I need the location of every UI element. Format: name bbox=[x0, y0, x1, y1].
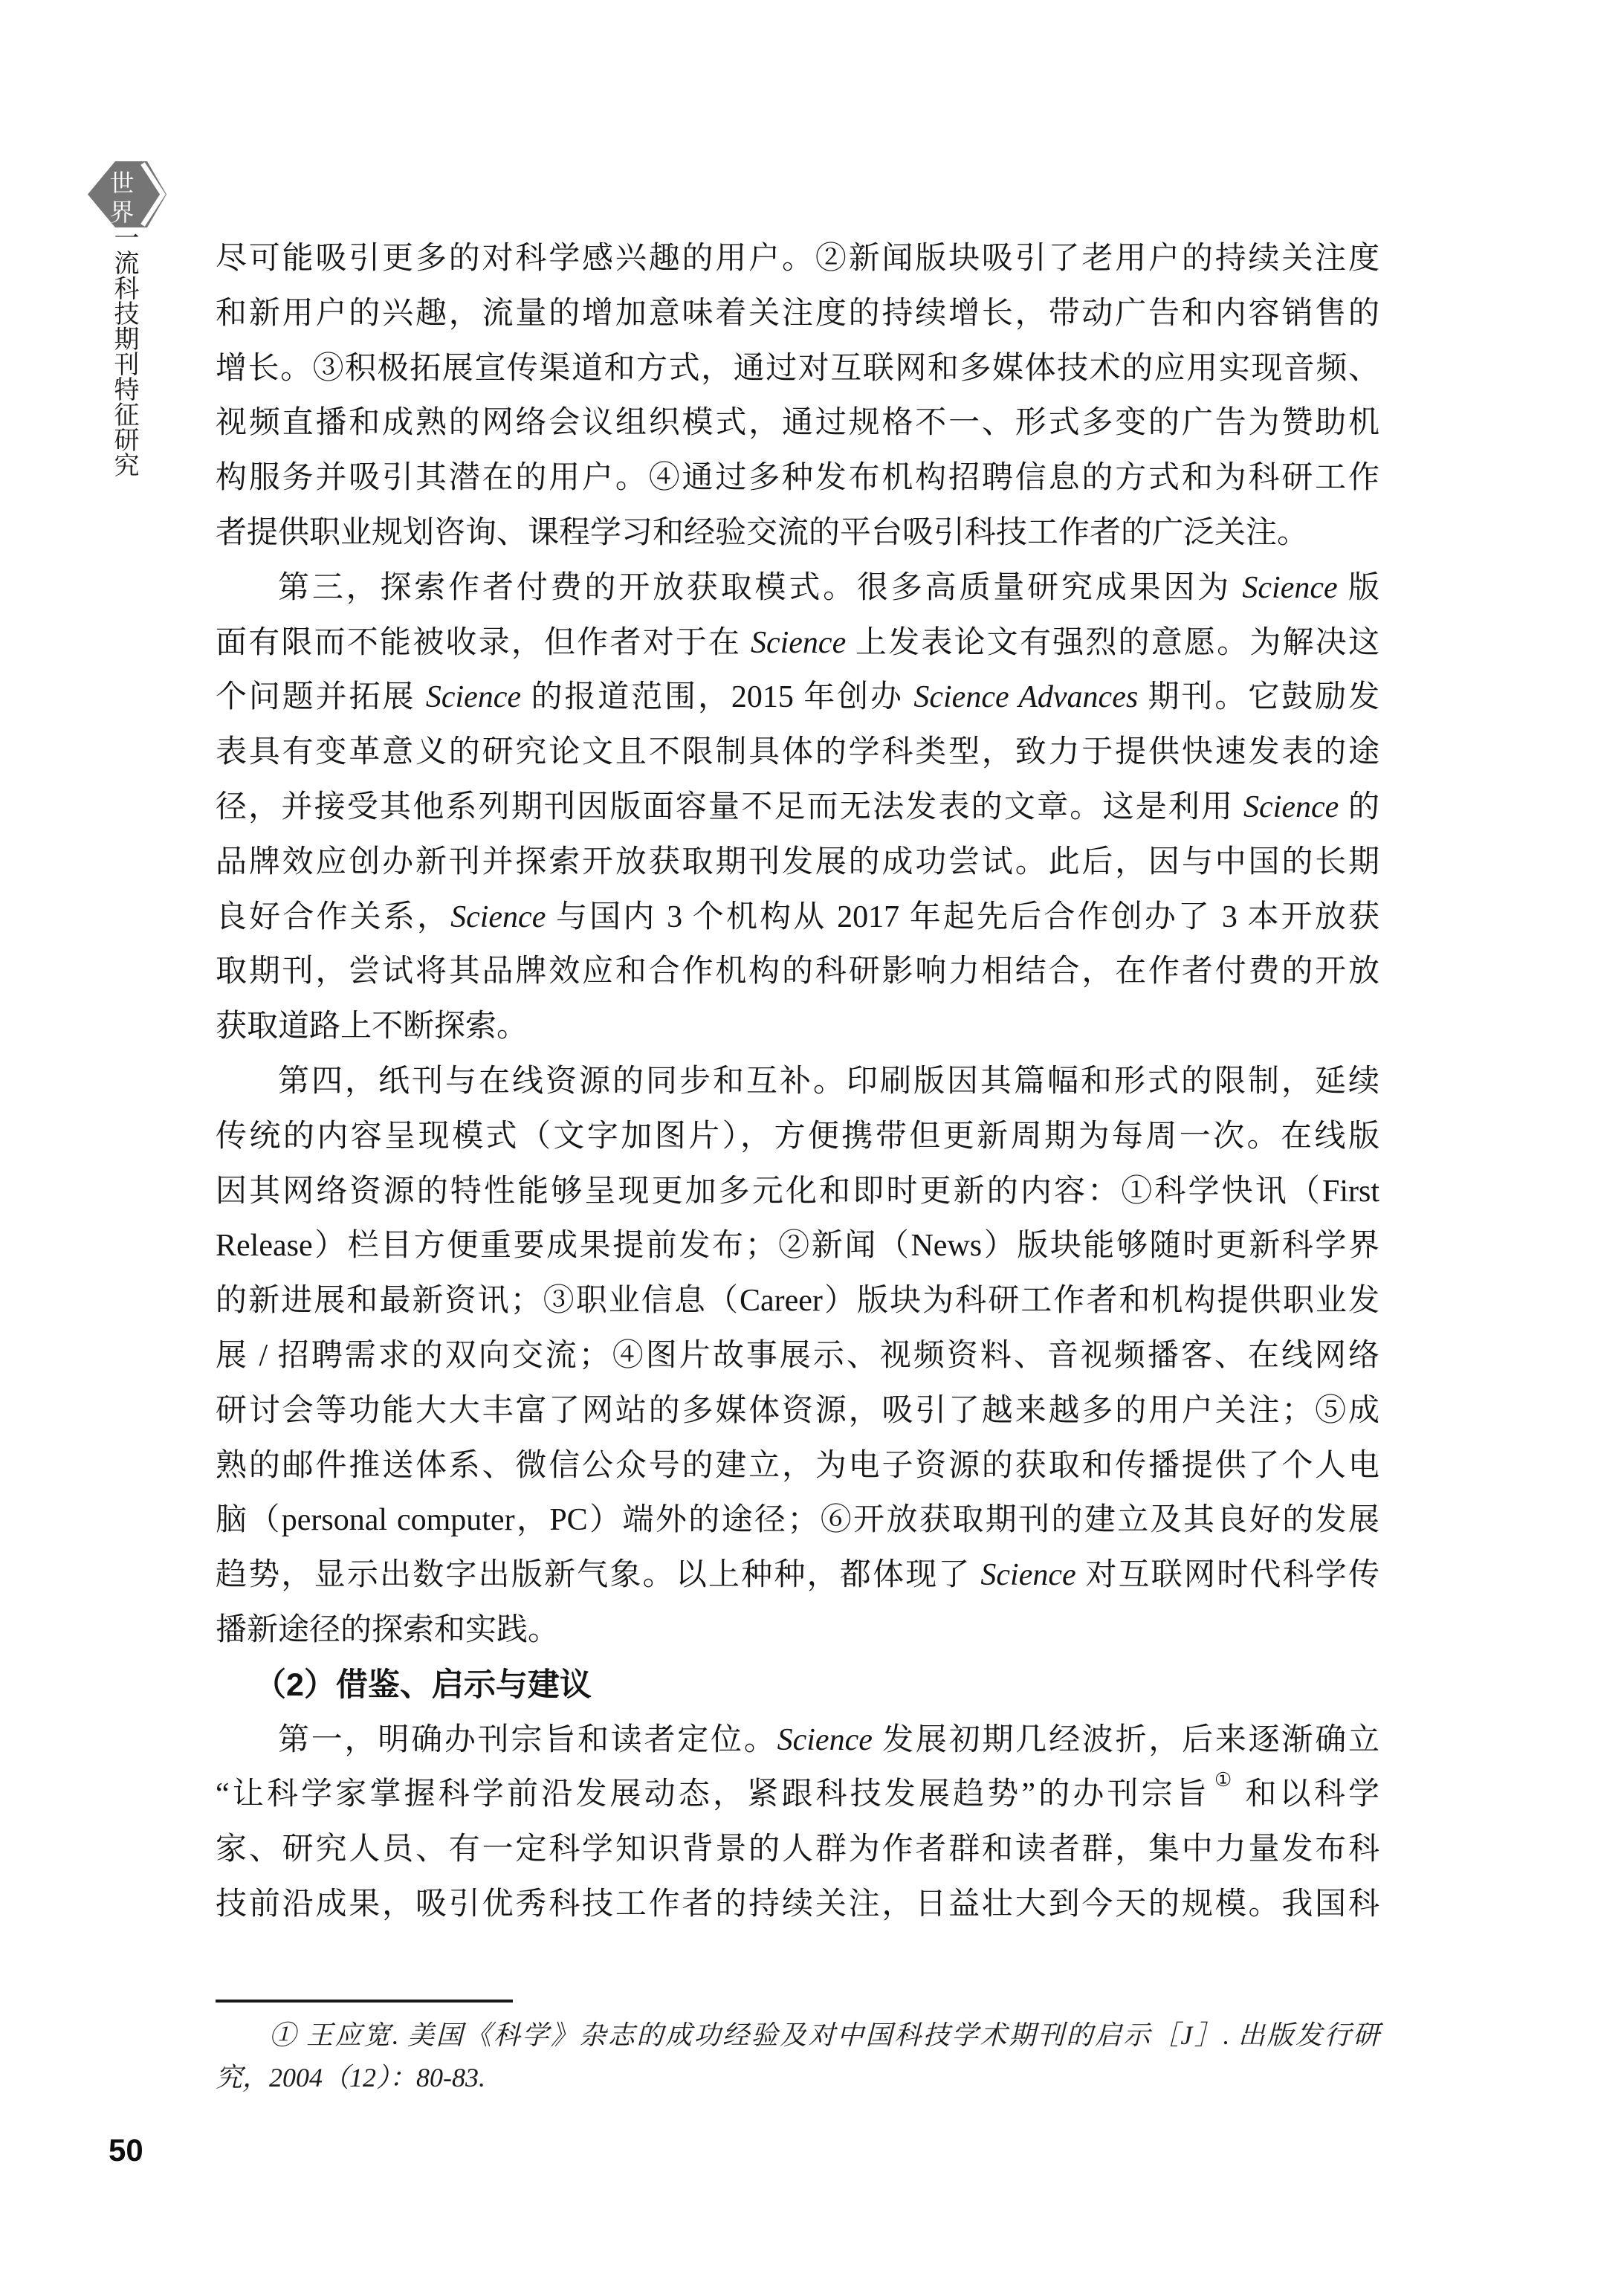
text-line: 展 / 招聘需求的双向交流；④图片故事展示、视频资料、音视频播客、在线网络 bbox=[216, 1329, 1379, 1384]
text-line: Release）栏目方便重要成果提前发布；②新闻（News）版块能够随时更新科学… bbox=[216, 1219, 1379, 1274]
text-line: 构服务并吸引其潜在的用户。④通过多种发布机构招聘信息的方式和为科研工作 bbox=[216, 451, 1379, 506]
text-line: 和新用户的兴趣，流量的增加意味着关注度的持续增长，带动广告和内容销售的 bbox=[216, 287, 1379, 342]
badge-char-2: 界 bbox=[110, 200, 135, 227]
text-line: 视频直播和成熟的网络会议组织模式，通过规格不一、形式多变的广告为赞助机 bbox=[216, 396, 1379, 451]
text-line: 熟的邮件推送体系、微信公众号的建立，为电子资源的获取和传播提供了个人电 bbox=[216, 1439, 1379, 1494]
text-line: 者提供职业规划咨询、课程学习和经验交流的平台吸引科技工作者的广泛关注。 bbox=[216, 506, 1379, 561]
text-line: 良好合作关系，Science 与国内 3 个机构从 2017 年起先后合作创办了… bbox=[216, 891, 1379, 946]
text-line: 表具有变革意义的研究论文且不限制具体的学科类型，致力于提供快速发表的途 bbox=[216, 725, 1379, 780]
text-line: 获取道路上不断探索。 bbox=[216, 1000, 1379, 1055]
text-line: 技前沿成果，吸引优秀科技工作者的持续关注，日益壮大到今天的规模。我国科 bbox=[216, 1878, 1379, 1933]
main-text: 尽可能吸引更多的对科学感兴趣的用户。②新闻版块吸引了老用户的持续关注度 和新用户… bbox=[216, 232, 1379, 1933]
badge-char-1: 世 bbox=[110, 170, 135, 198]
footnote-ref-1: ① bbox=[1214, 1769, 1235, 1791]
text-line: 增长。③积极拓展宣传渠道和方式，通过对互联网和多媒体技术的应用实现音频、 bbox=[216, 342, 1379, 397]
text-line: 径，并接受其他系列期刊因版面容量不足而无法发表的文章。这是利用 Science … bbox=[216, 780, 1379, 835]
text-line: 脑（personal computer，PC）端外的途径；⑥开放获取期刊的建立及… bbox=[216, 1493, 1379, 1548]
text-line: 因其网络资源的特性能够呈现更加多元化和即时更新的内容：①科学快讯（First bbox=[216, 1165, 1379, 1220]
hexagon-badge-graphic: 世 界 bbox=[88, 160, 166, 229]
text-line: 趋势，显示出数字出版新气象。以上种种，都体现了 Science 对互联网时代科学… bbox=[216, 1548, 1379, 1603]
text-line: 尽可能吸引更多的对科学感兴趣的用户。②新闻版块吸引了老用户的持续关注度 bbox=[216, 232, 1379, 287]
text-line: 第四，纸刊与在线资源的同步和互补。印刷版因其篇幅和形式的限制，延续 bbox=[216, 1055, 1379, 1110]
book-page: 世 界 一流科技期刊特征研究 尽可能吸引更多的对科学感兴趣的用户。②新闻版块吸引… bbox=[0, 0, 1624, 2282]
text-line: 个问题并拓展 Science 的报道范围，2015 年创办 Science Ad… bbox=[216, 670, 1379, 725]
chapter-badge: 世 界 bbox=[88, 160, 166, 229]
page-number: 50 bbox=[109, 2135, 143, 2166]
text-line-with-footnote-ref: “让科学家掌握科学前沿发展动态，紧跟科技发展趋势”的办刊宗旨①和以科学 bbox=[216, 1768, 1379, 1823]
text-line: 传统的内容呈现模式（文字加图片），方便携带但更新周期为每周一次。在线版 bbox=[216, 1110, 1379, 1165]
text-line: 取期刊，尝试将其品牌效应和合作机构的科研影响力相结合，在作者付费的开放 bbox=[216, 945, 1379, 1000]
text-line: 家、研究人员、有一定科学知识背景的人群为作者群和读者群，集中力量发布科 bbox=[216, 1823, 1379, 1878]
text-line: 播新途径的探索和实践。 bbox=[216, 1603, 1379, 1658]
footnote-line: 究，2004（12）：80-83. bbox=[216, 2057, 1379, 2099]
footnote-line: ① 王应宽. 美国《科学》杂志的成功经验及对中国科技学术期刊的启示［J］. 出版… bbox=[216, 2014, 1379, 2057]
text-line: 第一，明确办刊宗旨和读者定位。Science 发展初期几经波折，后来逐渐确立 bbox=[216, 1713, 1379, 1768]
section-heading: （2）借鉴、启示与建议 bbox=[216, 1658, 1379, 1713]
text-line: 第三，探索作者付费的开放获取模式。很多高质量研究成果因为 Science 版 bbox=[216, 561, 1379, 616]
footnote-area: ① 王应宽. 美国《科学》杂志的成功经验及对中国科技学术期刊的启示［J］. 出版… bbox=[216, 2000, 1379, 2099]
sidebar-series-title: 一流科技期刊特征研究 bbox=[109, 224, 138, 477]
text-segment: 和以科学 bbox=[1246, 1777, 1379, 1811]
text-line: 品牌效应创办新刊并探索开放获取期刊发展的成功尝试。此后，因与中国的长期 bbox=[216, 835, 1379, 891]
text-segment: “让科学家掌握科学前沿发展动态，紧跟科技发展趋势”的办刊宗旨 bbox=[216, 1777, 1210, 1811]
text-line: 面有限而不能被收录，但作者对于在 Science 上发表论文有强烈的意愿。为解决… bbox=[216, 616, 1379, 671]
text-line: 的新进展和最新资讯；③职业信息（Career）版块为科研工作者和机构提供职业发 bbox=[216, 1274, 1379, 1329]
footnote-divider bbox=[216, 2000, 513, 2003]
text-line: 研讨会等功能大大丰富了网站的多媒体资源，吸引了越来越多的用户关注；⑤成 bbox=[216, 1384, 1379, 1439]
